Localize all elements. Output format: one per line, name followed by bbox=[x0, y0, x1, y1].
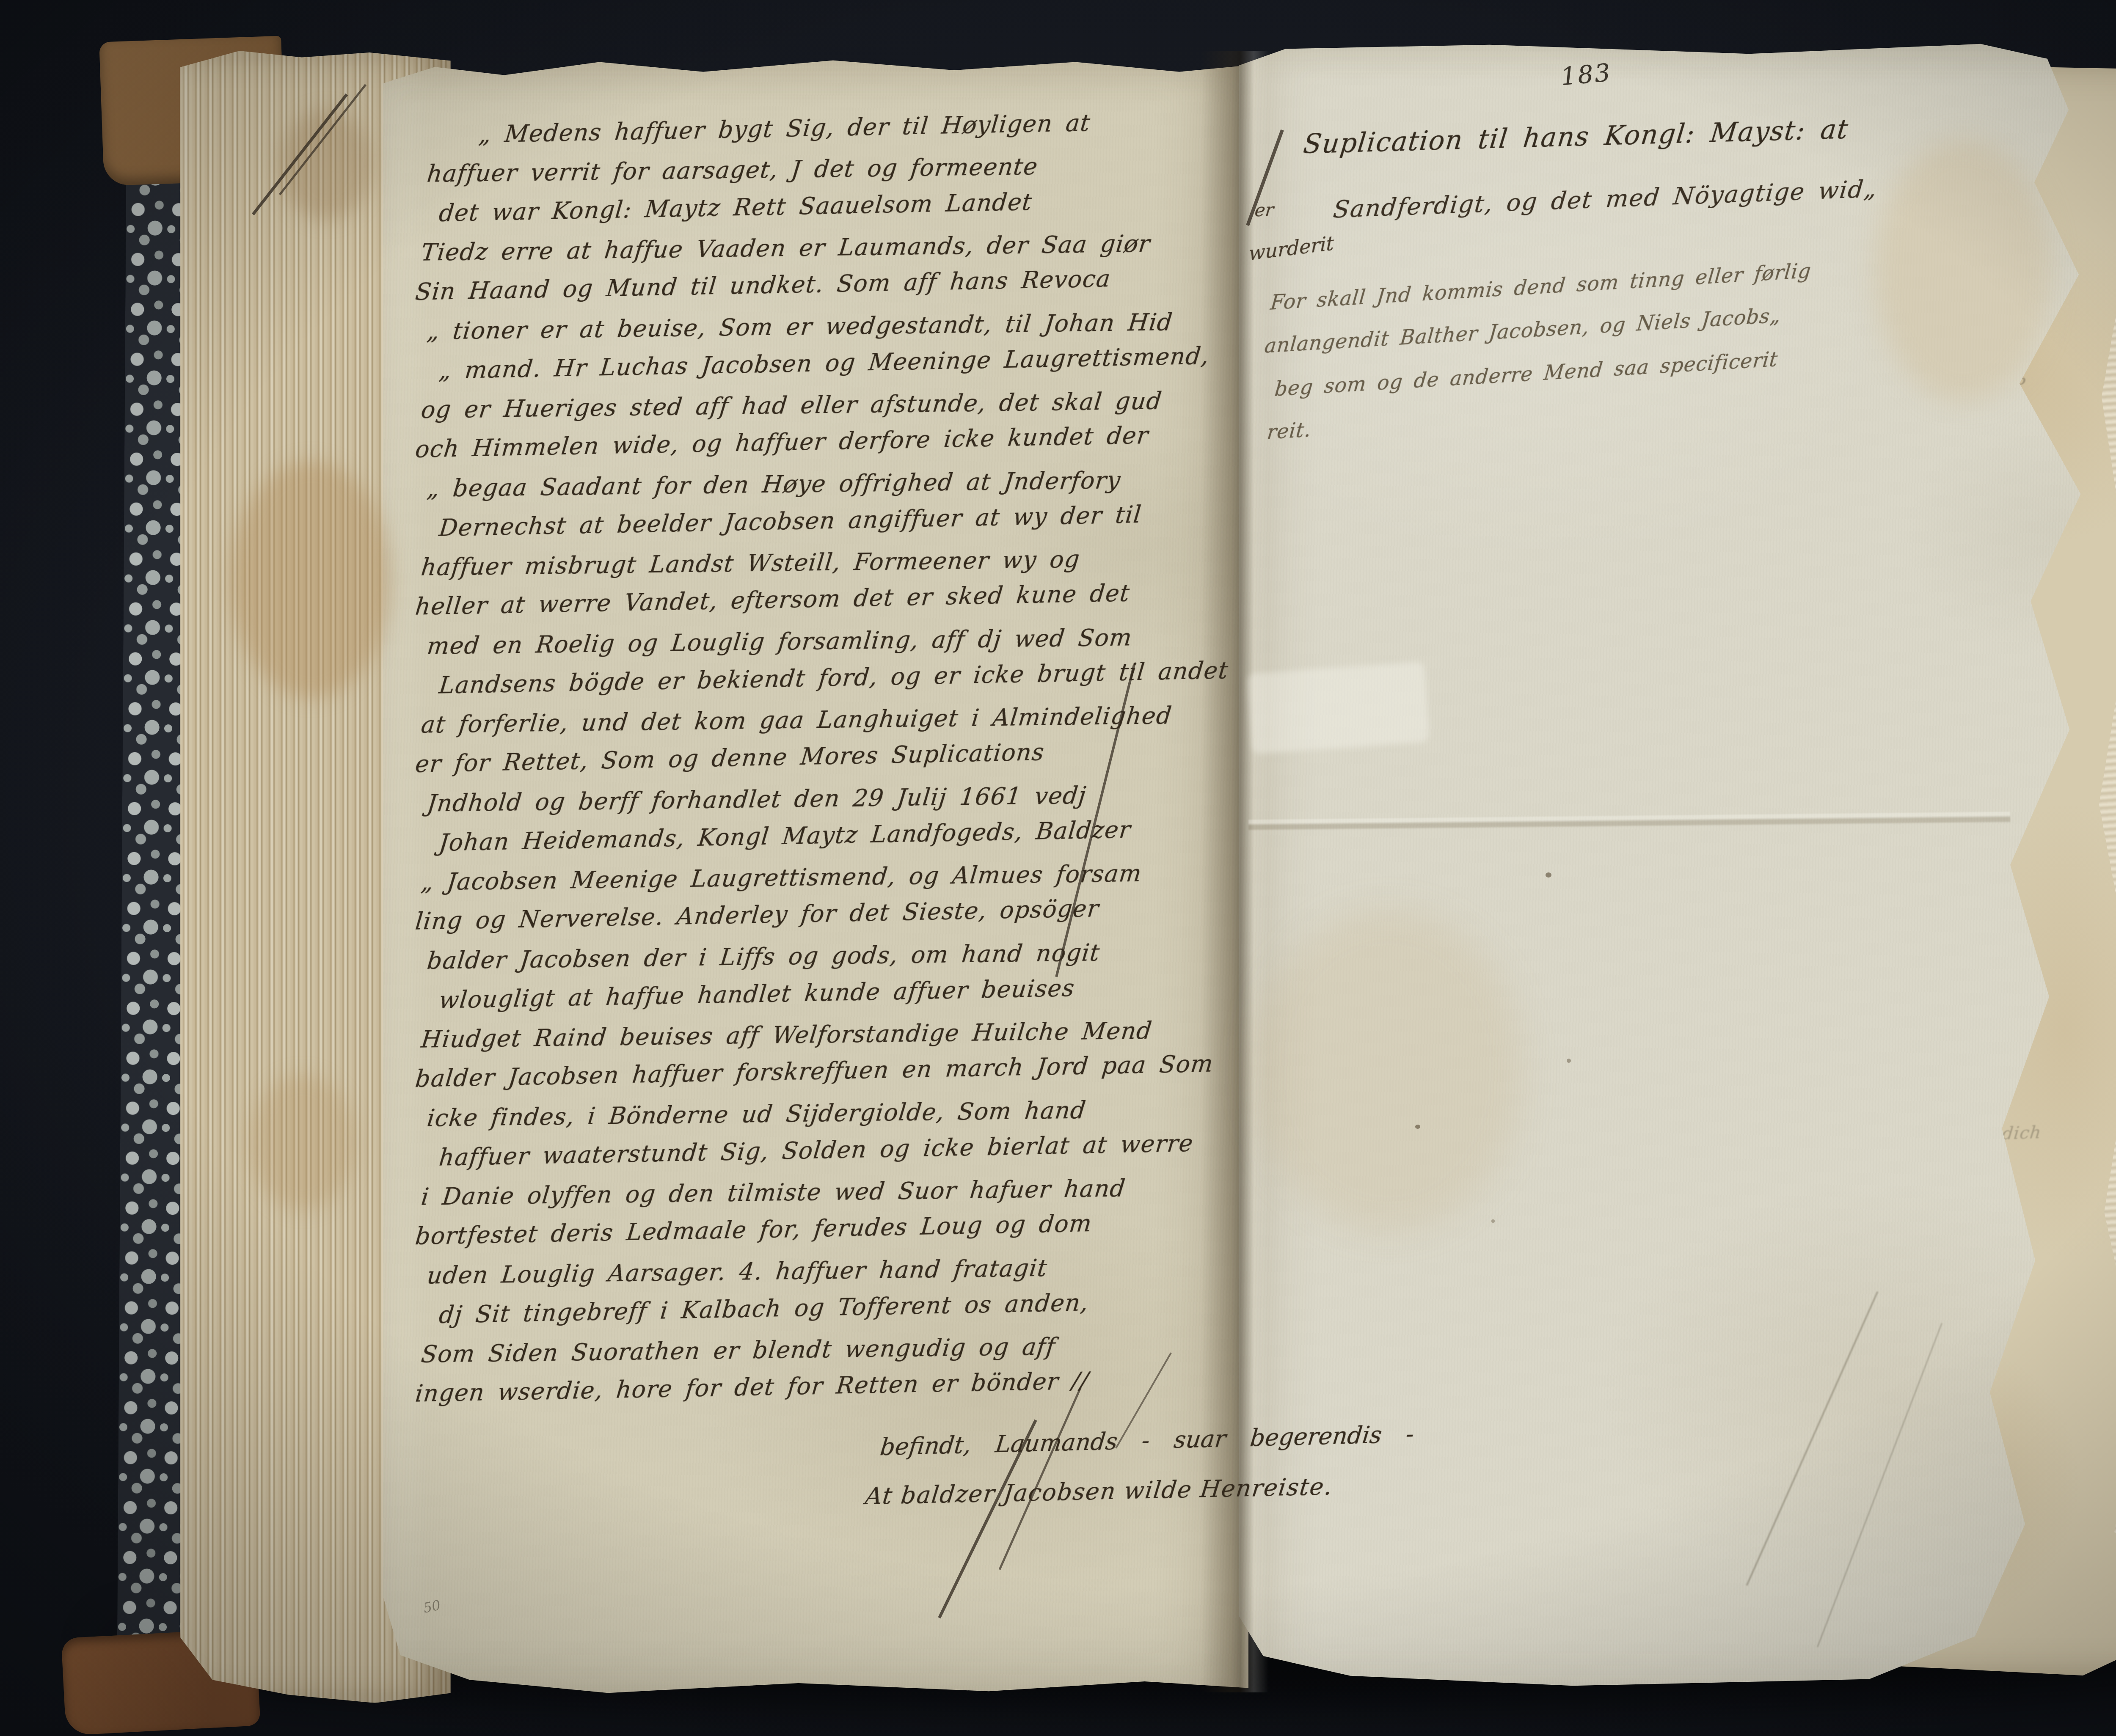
manuscript-line: „ tioner er at beuise, Som er wedgestand… bbox=[426, 308, 1174, 345]
manuscript-line: „ begaa Saadant for den Høye offrighed a… bbox=[426, 467, 1122, 502]
manuscript-line: er for Rettet, Som og denne Mores Suplic… bbox=[414, 738, 1046, 778]
manuscript-line: ling og Nerverelse. Anderley for det Sie… bbox=[414, 895, 1100, 935]
manuscript-line: icke findes, i Bönderne ud Sijdergiolde,… bbox=[426, 1097, 1088, 1132]
repair-tape-shine bbox=[1247, 662, 1430, 754]
manuscript-line: „ Jacobsen Meenige Laugrettismend, og Al… bbox=[420, 860, 1143, 896]
manuscript-line: Sin Haand og Mund til undket. Som aff ha… bbox=[414, 265, 1112, 305]
tan-stain-left-lower bbox=[250, 1075, 355, 1210]
right-page-text-block: For skall Jnd kommis dend som tinng elle… bbox=[1272, 0, 1932, 508]
manuscript-line: Jndhold og berff forhandlet den 29 Julij… bbox=[426, 782, 1088, 817]
manuscript-line: balder Jacobsen der i Liffs og gods, om … bbox=[426, 939, 1102, 975]
manuscript-line: beg som og de anderre Mend saa specifice… bbox=[1274, 347, 1779, 401]
manuscript-line: Landsens bögde er bekiendt ford, og er i… bbox=[438, 657, 1230, 699]
manuscript-line: uden Louglig Aarsager. 4. haffuer hand f… bbox=[426, 1255, 1049, 1289]
ink-speck bbox=[1546, 872, 1551, 878]
manuscript-line: „ mand. Hr Luchas Jacobsen og Meeninge L… bbox=[438, 342, 1210, 384]
manuscript-line: haffuer verrit for aarsaget, J det og fo… bbox=[426, 153, 1039, 187]
manuscript-line: „ Medens haffuer bygt Sig, der til Høyli… bbox=[477, 109, 1091, 148]
manuscript-line: med en Roelig og Louglig forsamling, aff… bbox=[426, 624, 1134, 660]
manuscript-line: Hiudget Raind beuises aff Welforstandige… bbox=[420, 1017, 1154, 1053]
ink-speck bbox=[1491, 1219, 1495, 1223]
manuscript-line: reit. bbox=[1266, 418, 1312, 444]
manuscript-line: haffuer misbrugt Landst Wsteill, Formeen… bbox=[420, 546, 1082, 581]
manuscript-line: dj Sit tingebreff i Kalbach og Tofferent… bbox=[438, 1289, 1090, 1329]
manuscript-line: anlangendit Balther Jacobsen, og Niels J… bbox=[1264, 304, 1782, 358]
manuscript-line: balder Jacobsen haffuer forskreffuen en … bbox=[414, 1050, 1215, 1092]
manuscript-line: ingen wserdie, hore for det for Retten e… bbox=[414, 1367, 1090, 1407]
manuscript-line: Som Siden Suorathen er blendt wengudig o… bbox=[420, 1333, 1057, 1368]
manuscript-line: Tiedz erre at haffue Vaaden er Laumands,… bbox=[420, 230, 1152, 266]
tan-stain-right-page bbox=[1253, 910, 1524, 1231]
manuscript-line: Dernechst at beelder Jacobsen angiffuer … bbox=[438, 501, 1143, 542]
manuscript-line: bortfestet deris Ledmaale for, ferudes L… bbox=[414, 1210, 1093, 1250]
manuscript-line: wlougligt at haffue handlet kunde affuer… bbox=[438, 974, 1076, 1014]
manuscript-line: at forferlie, und det kom gaa Langhuiget… bbox=[420, 702, 1174, 738]
manuscript-line: og er Hueriges sted aff had eller afstun… bbox=[420, 388, 1164, 424]
left-page-text-block: „ Medens haffuer bygt Sig, der til Høyli… bbox=[417, 0, 1255, 1736]
manuscript-photo: hing ful ivon HendhritJunnde ferats Mays… bbox=[0, 0, 2116, 1736]
ink-speck bbox=[1415, 1125, 1420, 1129]
manuscript-line: och Himmelen wide, og haffuer derfore ic… bbox=[414, 422, 1150, 463]
manuscript-line: Johan Heidemands, Kongl Maytz Landfogeds… bbox=[438, 816, 1132, 857]
manuscript-line: heller at werre Vandet, eftersom det er … bbox=[414, 580, 1131, 621]
tan-stain-left-margin bbox=[231, 461, 391, 698]
manuscript-line: haffuer waaterstundt Sig, Solden og icke… bbox=[438, 1130, 1195, 1171]
ink-speck bbox=[1567, 1059, 1571, 1063]
manuscript-line: i Danie olyffen og den tilmiste wed Suor… bbox=[420, 1175, 1127, 1211]
manuscript-line: det war Kongl: Maytz Rett Saauelsom Land… bbox=[438, 188, 1033, 227]
